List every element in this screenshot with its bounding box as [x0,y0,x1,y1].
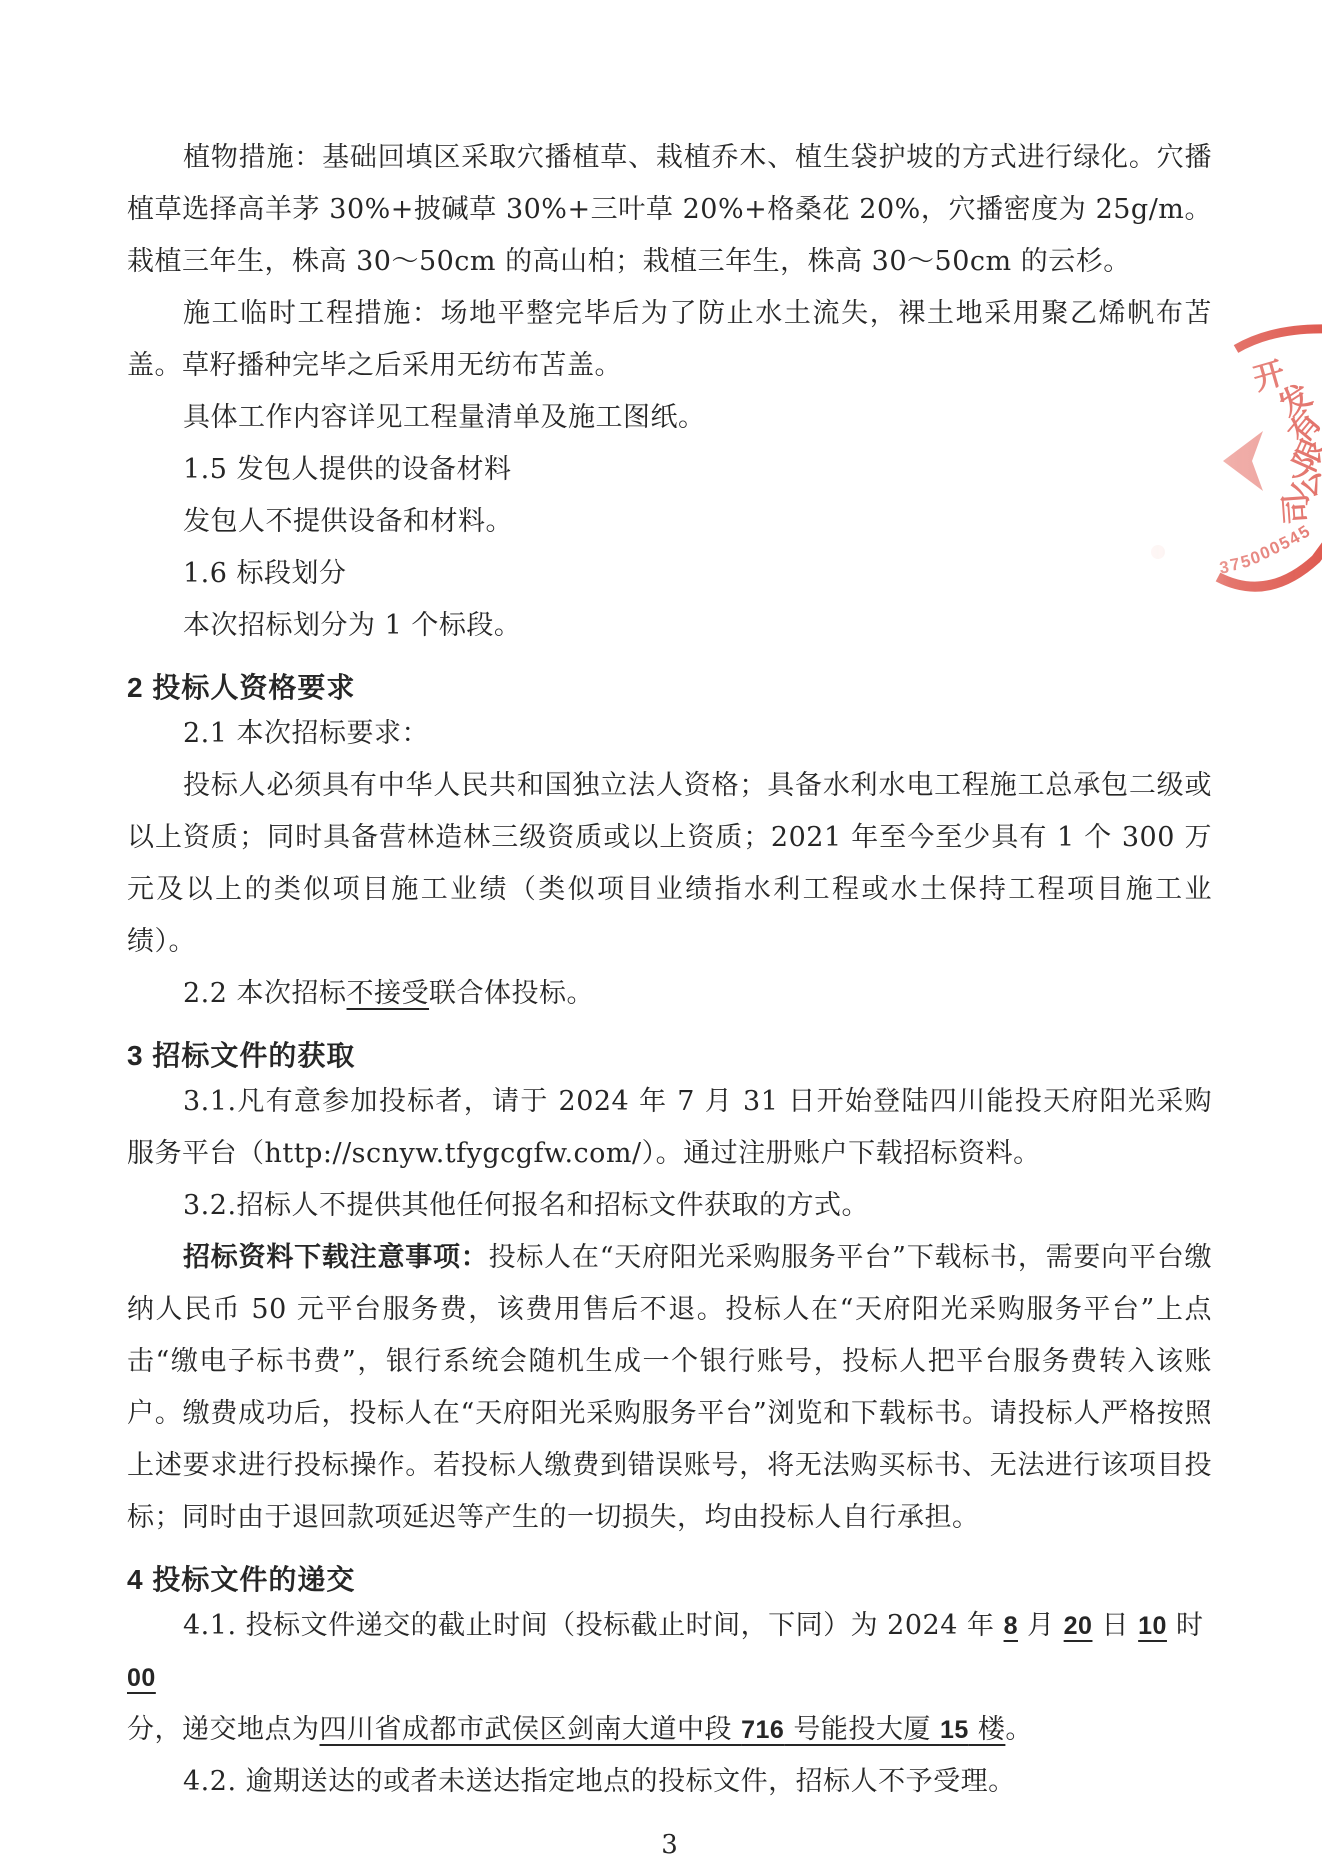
svg-text:5: 5 [1295,522,1313,543]
paragraph-work-detail: 具体工作内容详见工程量清单及施工图纸。 [127,392,1212,444]
clause-4-2-body: 4.2. 逾期送达的或者未送达指定地点的投标文件，招标人不予受理。 [127,1756,1212,1808]
svg-text:公: 公 [1287,465,1322,502]
deadline-day: 20 [1064,1612,1093,1640]
svg-text:司: 司 [1278,492,1315,525]
svg-text:限: 限 [1287,433,1322,476]
svg-text:有: 有 [1282,404,1322,450]
clause-3-2-body: 3.2.招标人不提供其他任何报名和招标文件获取的方式。 [127,1180,1212,1232]
svg-text:开: 开 [1249,355,1288,397]
clause-2-1-title: 2.1 本次招标要求： [127,708,1212,760]
svg-text:5: 5 [1276,532,1293,553]
section-2-heading: 2 投标人资格要求 [127,668,1212,708]
clause-1-5-title: 1.5 发包人提供的设备材料 [127,444,1212,496]
svg-text:3: 3 [1218,557,1230,577]
clause-1-6-body: 本次招标划分为 1 个标段。 [127,600,1212,652]
seal-arc-text: 开 发 有 限 公 司 [1249,355,1322,526]
seal-star-icon [1223,431,1263,491]
section-4-heading: 4 投标文件的递交 [127,1560,1212,1600]
download-notice-rest: 投标人在“天府阳光采购服务平台”下载标书，需要向平台缴纳人民币 50 元平台服务… [127,1242,1212,1533]
paragraph-temp-works: 施工临时工程措施：场地平整完毕后为了防止水土流失，裸土地采用聚乙烯帆布苫盖。草籽… [127,288,1212,392]
deadline-month-day: 8 [1004,1612,1018,1640]
svg-text:0: 0 [1257,542,1272,563]
svg-text:7: 7 [1228,554,1241,574]
clause-2-2-pre: 2.2 本次招标 [183,978,347,1009]
clause-2-2-body: 2.2 本次招标不接受联合体投标。 [127,968,1212,1020]
svg-text:4: 4 [1286,527,1304,548]
paragraph-plant-measures: 植物措施：基础回填区采取穴播植草、栽植乔木、植生袋护坡的方式进行绿化。穴播植草选… [127,132,1212,288]
clause-4-1-body: 4.1. 投标文件递交的截止时间（投标截止时间，下同）为 2024 年 8 月 … [127,1600,1212,1756]
download-notice-lead: 招标资料下载注意事项： [183,1242,489,1273]
address-street-number: 716 [741,1716,784,1744]
section-3-heading: 3 招标文件的获取 [127,1036,1212,1076]
clause-1-5-body: 发包人不提供设备和材料。 [127,496,1212,548]
seal-ring-arc [1218,329,1322,587]
scanned-document-page: 植物措施：基础回填区采取穴播植草、栽植乔木、植生袋护坡的方式进行绿化。穴播植草选… [0,0,1322,1870]
download-notice-paragraph: 招标资料下载注意事项：投标人在“天府阳光采购服务平台”下载标书，需要向平台缴纳人… [127,1232,1212,1544]
clause-3-1-body: 3.1.凡有意参加投标者，请于 2024 年 7 月 31 日开始登陆四川能投天… [127,1076,1212,1180]
page-number: 3 [127,1830,1212,1860]
svg-text:5: 5 [1239,551,1253,572]
deadline-text: 4.1. 投标文件递交的截止时间（投标截止时间，下同）为 2024 年 [183,1610,1004,1641]
delivery-address: 四川省成都市武侯区剑南大道中段 716 号能投大厦 15 楼 [320,1714,1006,1745]
delivery-place-pre: 分，递交地点为 [127,1714,320,1745]
clause-2-2-post: 联合体投标。 [429,978,594,1009]
svg-text:0: 0 [1248,547,1263,568]
address-floor-number: 15 [940,1716,969,1744]
seal-digits: 3 7 5 0 0 0 5 4 5 [1218,522,1313,578]
clause-1-6-title: 1.6 标段划分 [127,548,1212,600]
clause-2-2-underlined: 不接受 [347,978,430,1009]
svg-text:0: 0 [1267,537,1283,558]
deadline-hour: 10 [1138,1612,1167,1640]
clause-2-1-body: 投标人必须具有中华人民共和国独立法人资格；具备水利水电工程施工总承包二级或以上资… [127,760,1212,968]
svg-text:发: 发 [1273,377,1318,423]
deadline-minute: 00 [127,1664,156,1692]
document-body: 植物措施：基础回填区采取穴播植草、栽植乔木、植生袋护坡的方式进行绿化。穴播植草选… [127,132,1212,1860]
